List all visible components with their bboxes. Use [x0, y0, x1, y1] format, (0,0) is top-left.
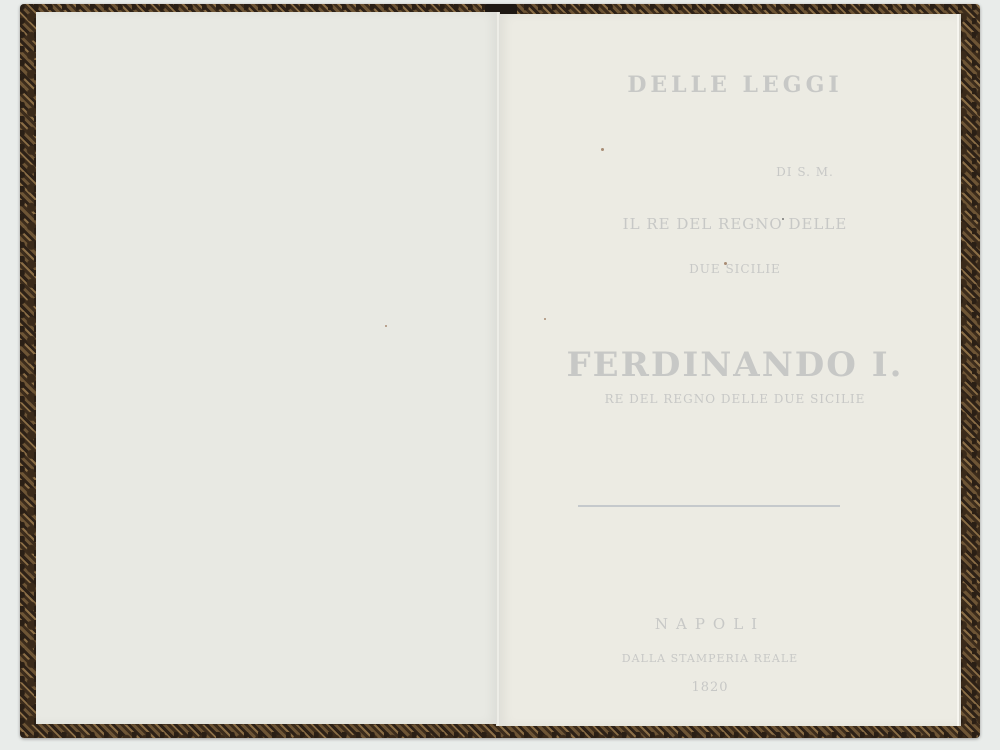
- show-through-line: DI S. M.: [740, 165, 870, 179]
- show-through-name: FERDINANDO I.: [540, 345, 930, 385]
- book-gutter: [496, 12, 500, 726]
- foxing-spot: [782, 218, 784, 220]
- show-through-line: RE DEL REGNO DELLE DUE SICILIE: [540, 392, 930, 406]
- show-through-place: NAPOLI: [560, 615, 860, 633]
- show-through-title: DELLE LEGGI: [540, 72, 930, 98]
- left-page: [36, 12, 498, 724]
- show-through-rule: [578, 505, 840, 507]
- foxing-spot: [544, 318, 546, 320]
- foxing-spot: [601, 148, 604, 151]
- show-through-printer: DALLA STAMPERIA REALE: [560, 652, 860, 665]
- show-through-line: DUE SICILIE: [540, 262, 930, 276]
- show-through-year: 1820: [560, 680, 860, 695]
- foxing-spot: [724, 262, 727, 265]
- foxing-spot: [385, 325, 387, 327]
- show-through-line: IL RE DEL REGNO DELLE: [540, 215, 930, 233]
